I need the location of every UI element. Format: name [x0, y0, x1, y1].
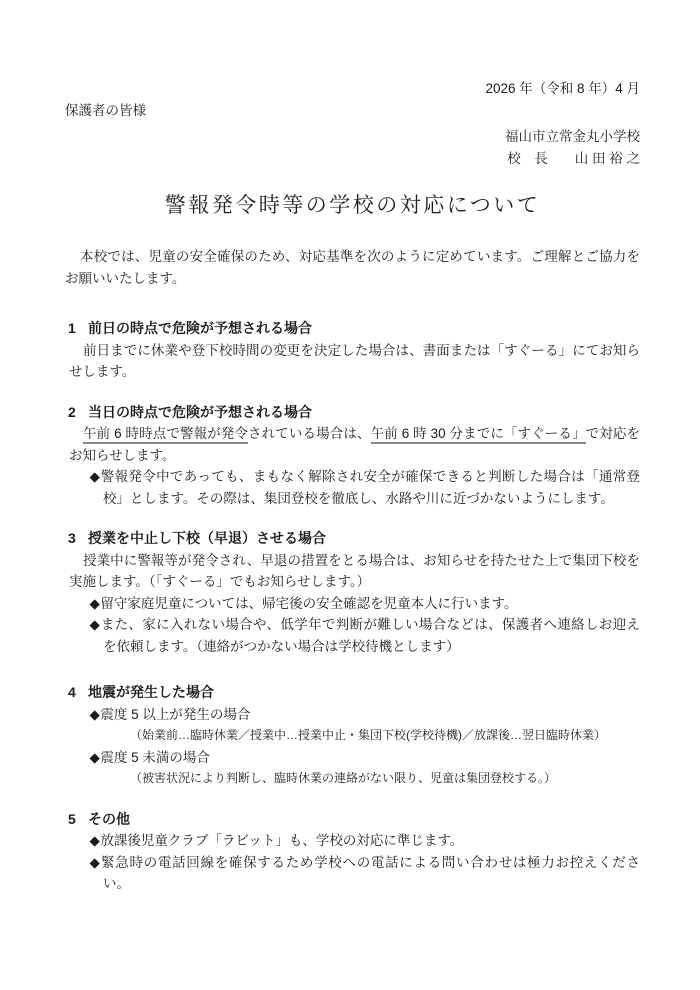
diamond-bullet-icon: ◆	[90, 707, 100, 722]
section-4-heading-text: 地震が発生した場合	[88, 684, 214, 700]
diamond-bullet-icon: ◆	[90, 855, 101, 870]
section-2-bullet-1: ◆警報発令中であっても、まもなく解除され安全が確保できると判断した場合は「通常登…	[65, 466, 640, 509]
section-1-advance-warning: 1前日の時点で危険が予想される場合 前日までに休業や登下校時間の変更を決定した場…	[65, 318, 640, 383]
diamond-bullet-icon: ◆	[90, 833, 100, 848]
section-3-early-dismissal: 3授業を中止し下校（早退）させる場合 授業中に警報等が発令され、早退の措置をとる…	[65, 528, 640, 657]
principal-line: 校 長 山 田 裕 之	[65, 148, 640, 170]
section-5-heading-text: その他	[88, 811, 130, 827]
section-3-bullet-1: ◆留守家庭児童については、帰宅後の安全確認を児童本人に行います。	[65, 593, 640, 615]
section-1-heading-text: 前日の時点で危険が予想される場合	[88, 320, 312, 336]
section-4-heading: 4地震が発生した場合	[65, 682, 640, 704]
section-3-bullet-2-text: また、家に入れない場合や、低学年で判断が難しい場合などは、保護者へ連絡しお迎えを…	[101, 617, 640, 654]
section-5-bullet-1: ◆放課後児童クラブ「ラビット」も、学校の対応に準じます。	[65, 830, 640, 852]
section-3-heading: 3授業を中止し下校（早退）させる場合	[65, 528, 640, 550]
section-5-other: 5その他 ◆放課後児童クラブ「ラビット」も、学校の対応に準じます。 ◆緊急時の電…	[65, 809, 640, 895]
plain-text-1: されている場合は、	[248, 426, 371, 441]
section-4-bullet-1: ◆震度 5 以上が発生の場合	[65, 704, 640, 726]
addressee: 保護者の皆様	[65, 100, 640, 122]
section-4-bullet-2-text: 震度 5 未満の場合	[100, 750, 210, 765]
section-4-bullet-1-text: 震度 5 以上が発生の場合	[100, 707, 250, 722]
section-2-number: 2	[68, 402, 88, 424]
section-4-note-1: （始業前…臨時休業／授業中…授業中止・集団下校(学校待機)／放課後…翌日臨時休業…	[65, 725, 640, 747]
underlined-text-1: 午前 6 時時点で警報が発令	[83, 426, 248, 444]
section-2-body: 午前 6 時時点で警報が発令されている場合は、午前 6 時 30 分までに「すぐ…	[65, 423, 640, 466]
diamond-bullet-icon: ◆	[90, 617, 101, 632]
section-4-earthquake: 4地震が発生した場合 ◆震度 5 以上が発生の場合 （始業前…臨時休業／授業中……	[65, 682, 640, 790]
intro-paragraph: 本校では、児童の安全確保のため、対応基準を次のように定めています。ご理解とご協力…	[65, 246, 640, 289]
section-1-body: 前日までに休業や登下校時間の変更を決定した場合は、書面または「すぐーる」にてお知…	[65, 340, 640, 383]
school-name: 福山市立常金丸小学校	[65, 126, 640, 148]
section-4-note-2: （被害状況により判断し、臨時休業の連絡がない限り、児童は集団登校する。）	[65, 768, 640, 790]
section-2-heading-text: 当日の時点で危険が予想される場合	[88, 404, 312, 420]
notice-document: 2026 年（令和 8 年）4 月 保護者の皆様 福山市立常金丸小学校 校 長 …	[0, 0, 700, 990]
document-title: 警報発令時等の学校の対応について	[65, 191, 640, 221]
section-2-same-day-warning: 2当日の時点で危険が予想される場合 午前 6 時時点で警報が発令されている場合は…	[65, 402, 640, 510]
section-5-heading: 5その他	[65, 809, 640, 831]
section-1-number: 1	[68, 318, 88, 340]
section-5-bullet-2-text: 緊急時の電話回線を確保するため学校への電話による問い合わせは極力お控えください。	[101, 855, 640, 892]
section-2-bullet-1-text: 警報発令中であっても、まもなく解除され安全が確保できると判断した場合は「通常登校…	[101, 469, 640, 506]
diamond-bullet-icon: ◆	[90, 596, 100, 611]
underlined-text-2: 午前 6 時 30 分までに「すぐーる」	[371, 426, 586, 444]
section-5-bullet-2: ◆緊急時の電話回線を確保するため学校への電話による問い合わせは極力お控えください…	[65, 852, 640, 895]
section-2-heading: 2当日の時点で危険が予想される場合	[65, 402, 640, 424]
diamond-bullet-icon: ◆	[90, 750, 100, 765]
section-4-number: 4	[68, 682, 88, 704]
section-3-bullet-2: ◆また、家に入れない場合や、低学年で判断が難しい場合などは、保護者へ連絡しお迎え…	[65, 614, 640, 657]
section-3-body: 授業中に警報等が発令され、早退の措置をとる場合は、お知らせを持たせた上で集団下校…	[65, 550, 640, 593]
section-3-bullet-1-text: 留守家庭児童については、帰宅後の安全確認を児童本人に行います。	[100, 596, 517, 611]
section-5-number: 5	[68, 809, 88, 831]
section-4-bullet-2: ◆震度 5 未満の場合	[65, 747, 640, 769]
section-3-heading-text: 授業を中止し下校（早退）させる場合	[88, 530, 326, 546]
date-line: 2026 年（令和 8 年）4 月	[65, 78, 640, 100]
section-5-bullet-1-text: 放課後児童クラブ「ラビット」も、学校の対応に準じます。	[100, 833, 463, 848]
section-1-heading: 1前日の時点で危険が予想される場合	[65, 318, 640, 340]
diamond-bullet-icon: ◆	[90, 469, 101, 484]
section-3-number: 3	[68, 528, 88, 550]
